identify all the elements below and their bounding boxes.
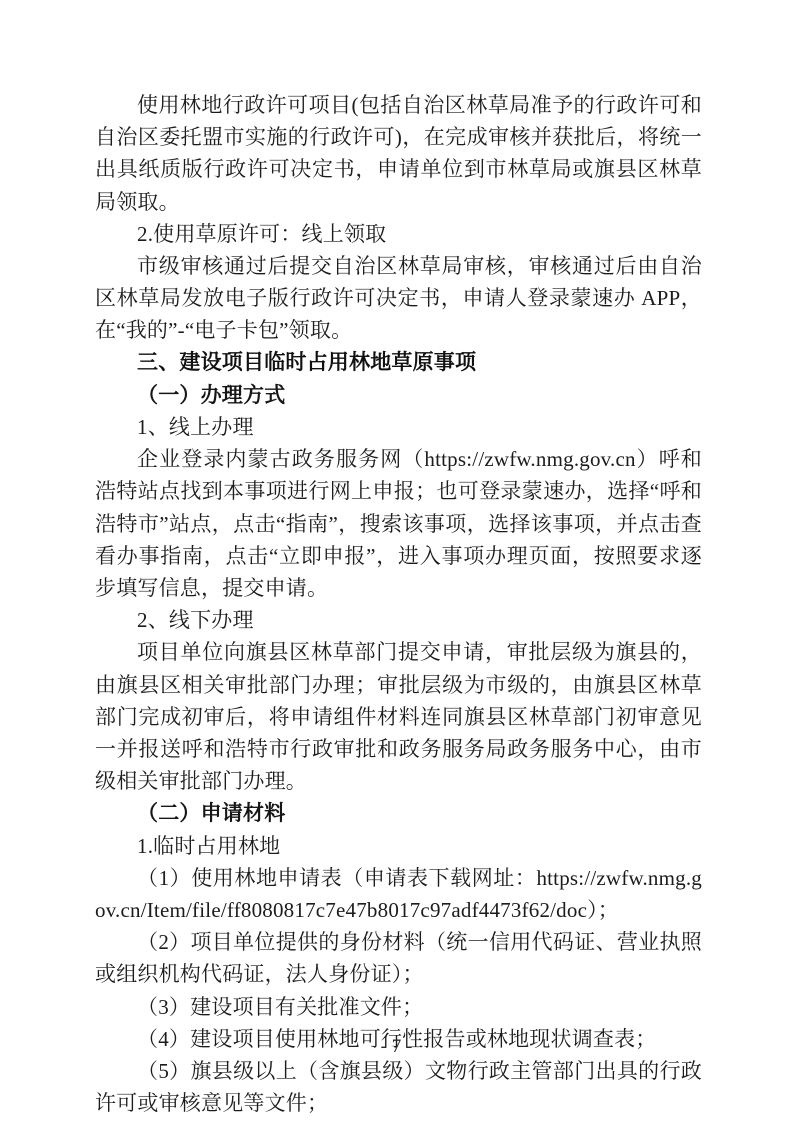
paragraph-online-handling-detail: 企业登录内蒙古政务服务网（https://zwfw.nmg.gov.cn）呼和浩… bbox=[95, 443, 702, 604]
paragraph-forest-permit-pickup: 使用林地行政许可项目(包括自治区林草局准予的行政许可和自治区委托盟市实施的行政许… bbox=[95, 89, 702, 218]
paragraph-temporary-forest-land-title: 1.临时占用林地 bbox=[95, 830, 702, 862]
page-number: - 7 - bbox=[0, 1036, 793, 1058]
paragraph-grassland-permit-detail: 市级审核通过后提交自治区林草局审核，审核通过后由自治区林草局发放电子版行政许可决… bbox=[95, 250, 702, 347]
subsection-heading-application-materials: （二）申请材料 bbox=[95, 797, 702, 829]
subsection-heading-handling-method: （一）办理方式 bbox=[95, 379, 702, 411]
paragraph-grassland-permit-title: 2.使用草原许可：线上领取 bbox=[95, 218, 702, 250]
section-heading-temporary-occupation: 三、建设项目临时占用林地草原事项 bbox=[95, 347, 702, 379]
paragraph-material-item-3: （3）建设项目有关批准文件； bbox=[95, 991, 702, 1023]
paragraph-online-handling-title: 1、线上办理 bbox=[95, 411, 702, 443]
paragraph-material-item-5: （5）旗县级以上（含旗县级）文物行政主管部门出具的行政许可或审核意见等文件； bbox=[95, 1055, 702, 1119]
paragraph-offline-handling-detail: 项目单位向旗县区林草部门提交申请，审批层级为旗县的，由旗县区相关审批部门办理；审… bbox=[95, 636, 702, 797]
document-page: 使用林地行政许可项目(包括自治区林草局准予的行政许可和自治区委托盟市实施的行政许… bbox=[0, 0, 793, 1122]
paragraph-offline-handling-title: 2、线下办理 bbox=[95, 604, 702, 636]
document-body: 使用林地行政许可项目(包括自治区林草局准予的行政许可和自治区委托盟市实施的行政许… bbox=[95, 89, 702, 1120]
paragraph-material-item-2: （2）项目单位提供的身份材料（统一信用代码证、营业执照或组织机构代码证，法人身份… bbox=[95, 926, 702, 990]
paragraph-material-item-1: （1）使用林地申请表（申请表下载网址：https://zwfw.nmg.gov.… bbox=[95, 862, 702, 926]
